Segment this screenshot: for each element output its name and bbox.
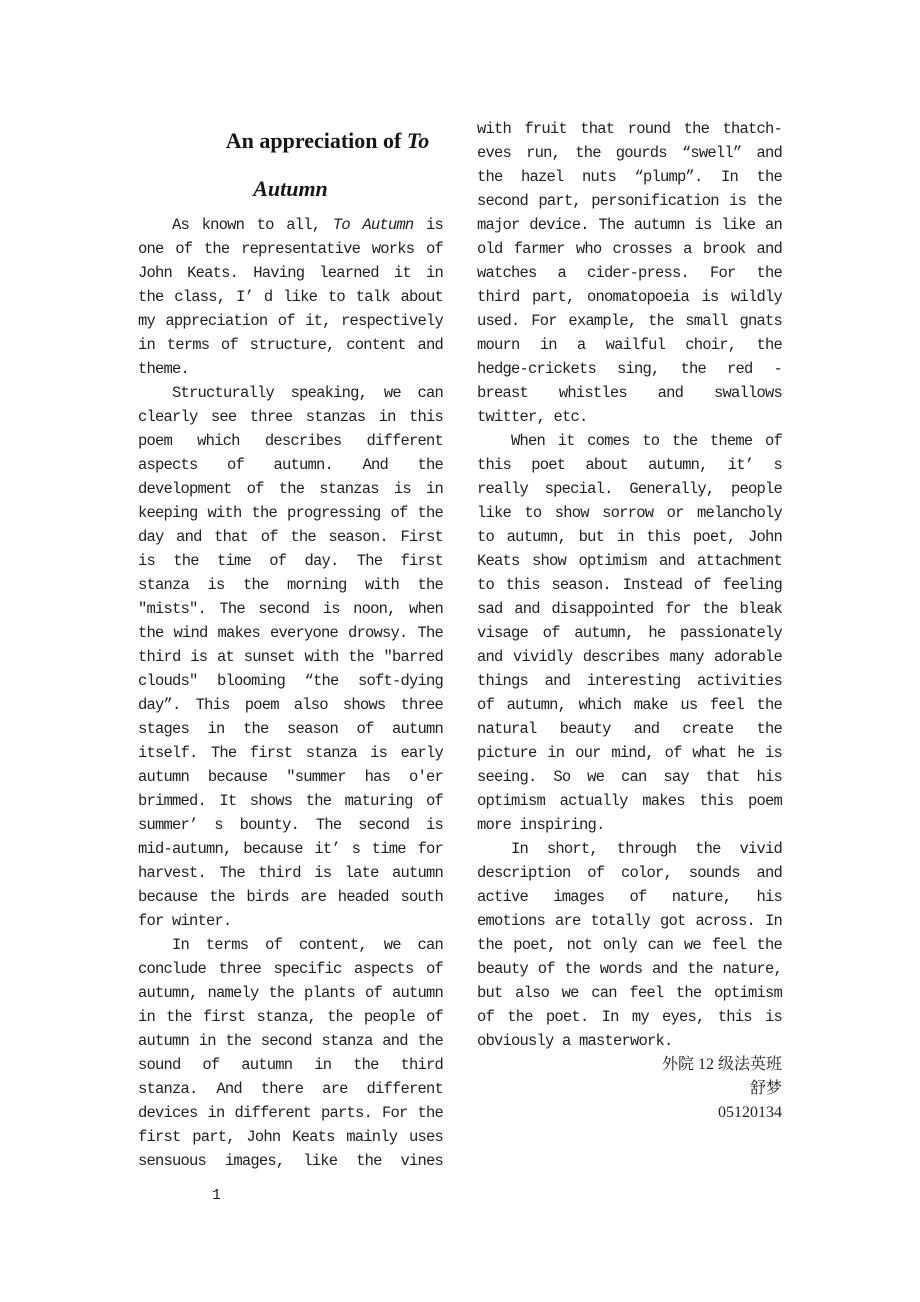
title-text: An appreciation of	[226, 128, 407, 153]
text: is one of the representative works of Jo…	[138, 216, 443, 378]
paragraph: Structurally speaking, we can clearly se…	[138, 381, 443, 933]
text: When it comes to the theme of this poet …	[477, 432, 782, 834]
title-italic-text: To	[407, 128, 429, 153]
paragraph: When it comes to the theme of this poet …	[477, 429, 782, 837]
paragraphs-container: As known to all, To Autumn is one of the…	[138, 117, 782, 1173]
italic-text: To Autumn	[333, 216, 414, 234]
signature-name-line: 舒梦	[477, 1077, 782, 1101]
paragraph: As known to all, To Autumn is one of the…	[138, 213, 443, 381]
text: As known to all,	[172, 216, 333, 234]
signature-block: 外院 12 级法英班 舒梦 05120134	[477, 1053, 782, 1125]
page-number: 1	[212, 1184, 221, 1208]
signature-class-line: 外院 12 级法英班	[477, 1053, 782, 1077]
document-title-line2: Autumn	[138, 165, 443, 213]
text: Structurally speaking, we can clearly se…	[138, 384, 443, 930]
paragraph: In short, through the vivid description …	[477, 837, 782, 1053]
signature-id-line: 05120134	[477, 1101, 782, 1125]
document-page: An appreciation of To Autumn As known to…	[0, 0, 920, 1302]
title-italic-text: Autumn	[253, 176, 328, 201]
document-body: An appreciation of To Autumn As known to…	[138, 117, 782, 1173]
document-title-line1: An appreciation of To	[138, 117, 443, 165]
text: In short, through the vivid description …	[477, 840, 782, 1050]
